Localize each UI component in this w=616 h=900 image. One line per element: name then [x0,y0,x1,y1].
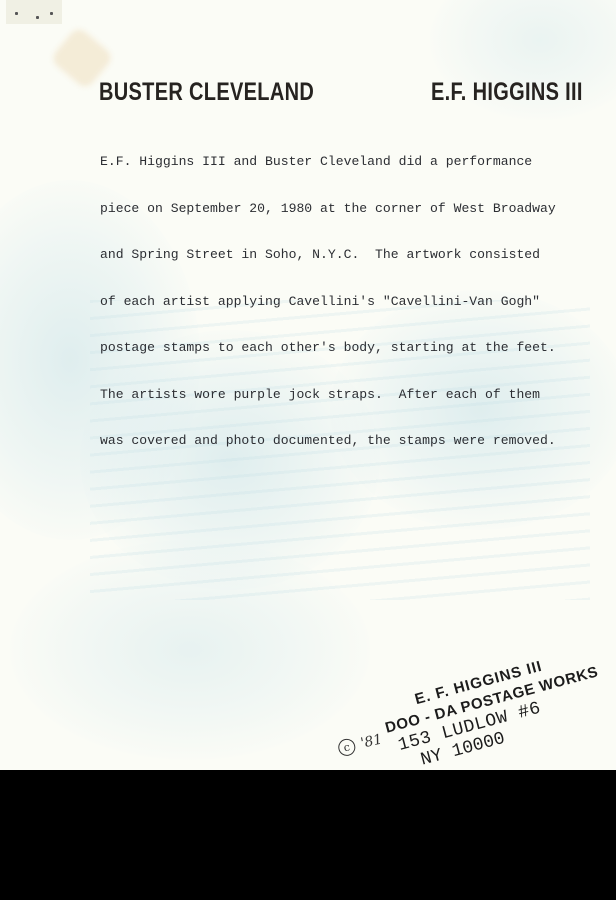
text-line: The artists wore purple jock straps. Aft… [100,387,600,403]
text-line: of each artist applying Cavellini's "Cav… [100,294,600,310]
header-row: BUSTER CLEVELAND E.F. HIGGINS III [99,78,583,114]
speck-mark [15,12,18,15]
speck-mark [50,12,53,15]
heading-artist-right: E.F. HIGGINS III [431,78,583,107]
ghost-print-bleed [10,540,370,760]
copyright-year: '81 [359,732,384,752]
text-line: and Spring Street in Soho, N.Y.C. The ar… [100,247,600,263]
copyright-icon: c [337,737,357,757]
rubber-stamp-address: E. F. HIGGINS III DOO - DA POSTAGE WORKS… [378,622,616,770]
text-line: E.F. Higgins III and Buster Cleveland di… [100,154,600,170]
text-line: piece on September 20, 1980 at the corne… [100,201,600,217]
description-paragraph: E.F. Higgins III and Buster Cleveland di… [100,123,600,480]
handwritten-copyright: c'81 [337,732,384,758]
document-page: BUSTER CLEVELAND E.F. HIGGINS III E.F. H… [0,0,616,770]
text-line: was covered and photo documented, the st… [100,433,600,449]
heading-artist-left: BUSTER CLEVELAND [99,78,314,107]
speck-mark [36,16,39,19]
black-bottom-bar [0,770,616,900]
text-line: postage stamps to each other's body, sta… [100,340,600,356]
